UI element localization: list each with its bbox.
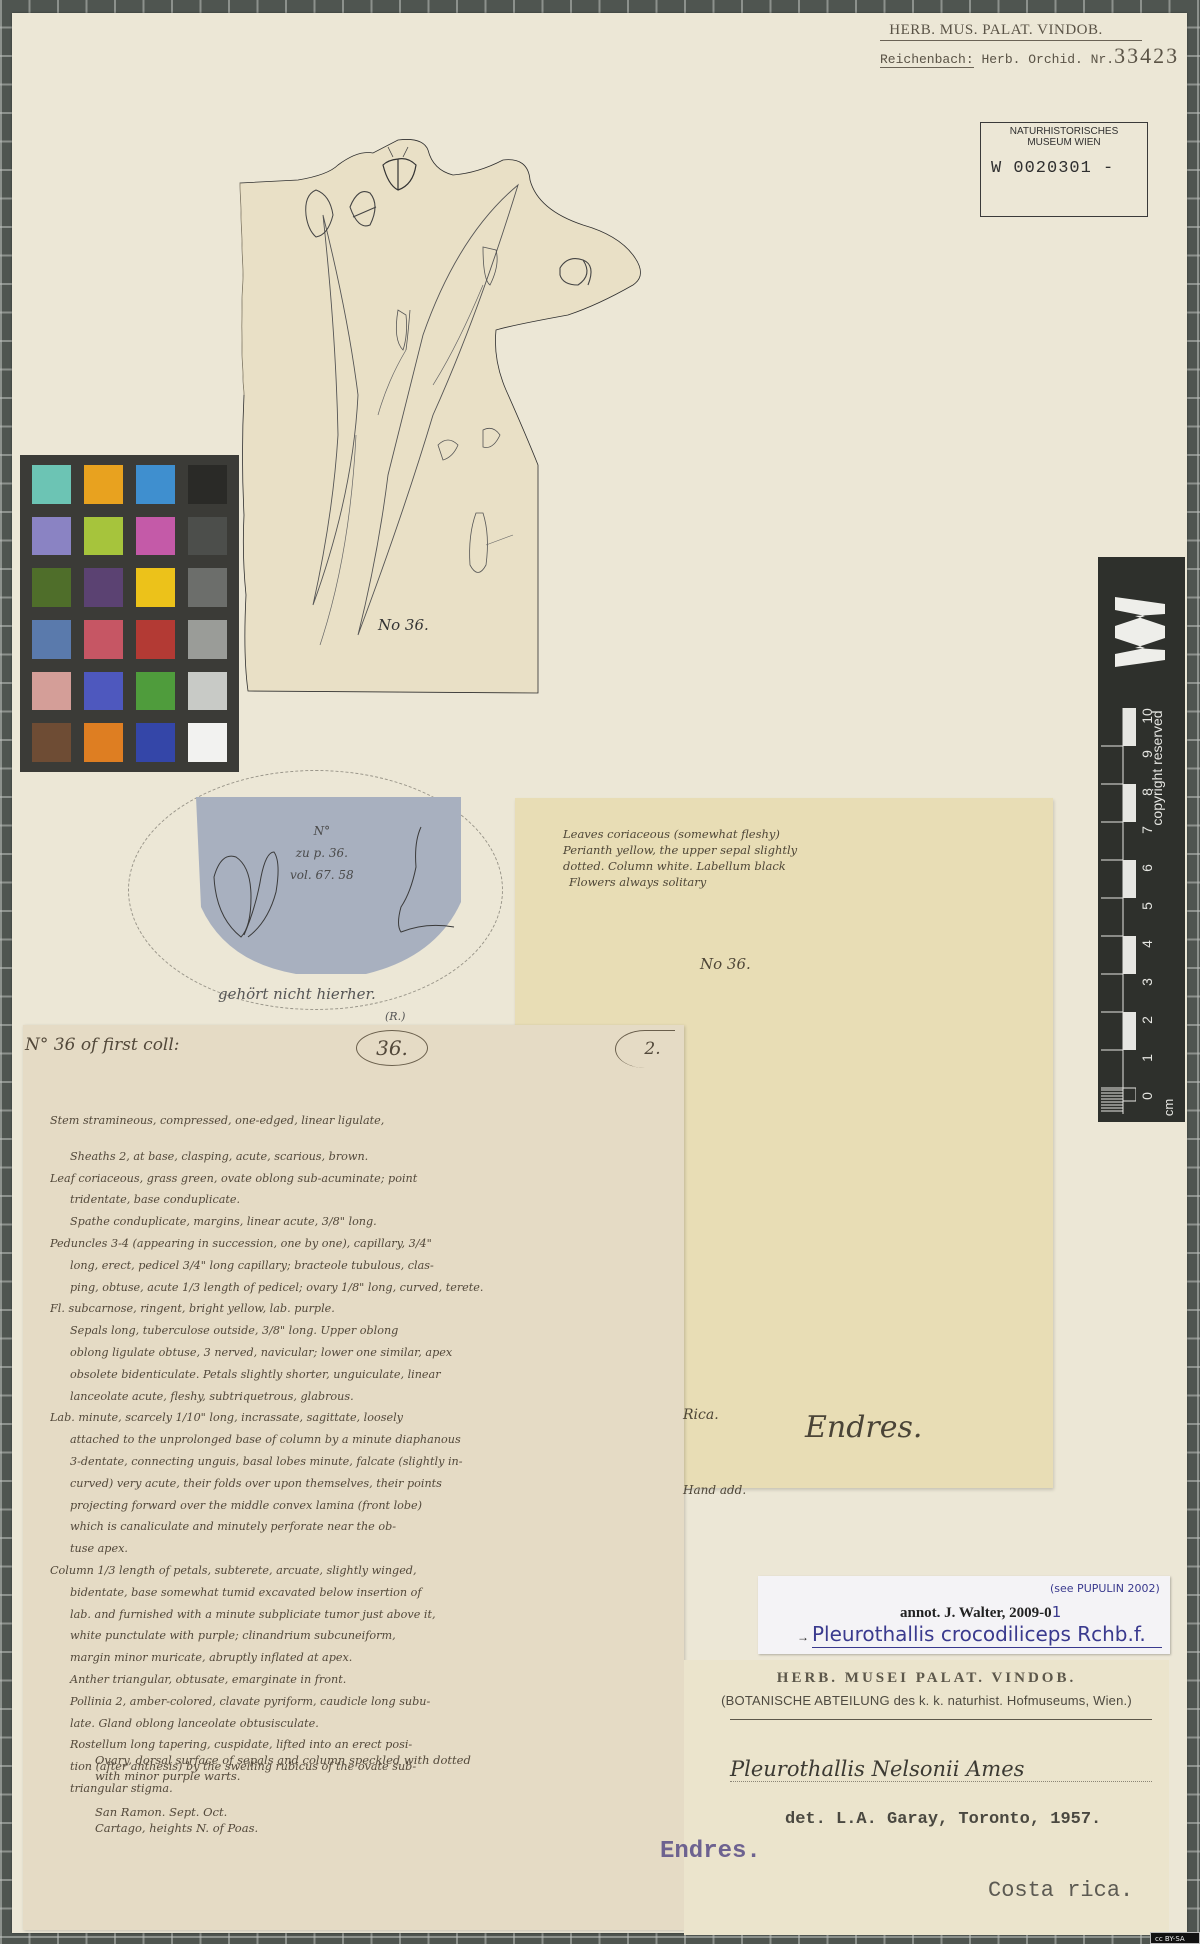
specimen-id: W 0020301 -	[981, 159, 1147, 178]
herbarium-header-stamp: HERB. MUS. PALAT. VINDOB. Reichenbach: H…	[880, 22, 1180, 69]
blue-paper-note: N° zu p. 36. vol. 67. 58	[290, 820, 354, 886]
color-patch	[136, 723, 175, 762]
note-line: vol. 67. 58	[290, 864, 354, 886]
field-note-line: dotted. Column white. Labellum black	[563, 858, 863, 874]
stamp-line-1: NATURHISTORISCHES	[981, 126, 1147, 137]
description-line: attached to the unprolonged base of colu…	[50, 1429, 660, 1451]
annotation-reference: (see PUPULIN 2002)	[1050, 1582, 1160, 1595]
scale-tick-label: 0	[1139, 1086, 1155, 1106]
description-line: Lab. minute, scarcely 1/10" long, incras…	[50, 1407, 660, 1429]
description-line: lanceolate acute, fleshy, subtriquetrous…	[50, 1386, 660, 1408]
partial-text-hand-add: Hand add.	[683, 1483, 746, 1497]
does-not-belong-note: gehört nicht hierher.	[218, 985, 376, 1003]
scale-ruler-icon	[1101, 708, 1136, 1114]
description-line: Sheaths 2, at base, clasping, acute, sca…	[50, 1146, 660, 1168]
color-patch	[84, 620, 123, 659]
determined-by: det. L.A. Garay, Toronto, 1957.	[785, 1810, 1101, 1829]
description-line: late. Gland oblong lanceolate obtusiscul…	[50, 1713, 660, 1735]
description-line: obsolete bidenticulate. Petals slightly …	[50, 1364, 660, 1386]
description-line: Pollinia 2, amber-colored, clavate pyrif…	[50, 1691, 660, 1713]
label-divider	[730, 1719, 1152, 1720]
collection-line: Reichenbach: Herb. Orchid. Nr.33423	[880, 43, 1180, 69]
collection-number: 33423	[1114, 43, 1179, 68]
partial-text-rica: Rica.	[683, 1407, 719, 1423]
color-patch	[32, 723, 71, 762]
description-heading: N° 36 of first coll:	[25, 1035, 180, 1055]
field-note-line: Perianth yellow, the upper sepal slightl…	[563, 842, 863, 858]
species-name: Pleurothallis Nelsonii Ames	[730, 1757, 1152, 1782]
color-calibration-chart	[20, 455, 239, 772]
orchid-sketch-icon: No 36.	[238, 135, 658, 695]
scale-tick-label: 2	[1139, 1010, 1155, 1030]
annotator-digit: 1	[1052, 1603, 1062, 1621]
museum-w-logo-icon	[1110, 592, 1170, 672]
description-line: projecting forward over the middle conve…	[50, 1495, 660, 1517]
description-line: margin minor muricate, abruptly inflated…	[50, 1647, 660, 1669]
color-patch	[84, 465, 123, 504]
color-patch	[188, 517, 227, 556]
color-patch	[84, 517, 123, 556]
page-number: 2.	[615, 1030, 675, 1068]
circled-number: 36.	[356, 1030, 428, 1066]
country-stamp: Costa rica.	[988, 1878, 1133, 1903]
museum-label-title: HERB. MUSEI PALAT. VINDOB.	[684, 1670, 1169, 1687]
stamp-line-2: MUSEUM WIEN	[981, 137, 1147, 148]
note-line: N°	[290, 820, 354, 842]
description-line: bidentate, base somewhat tumid excavated…	[50, 1582, 660, 1604]
description-line: Leaf coriaceous, grass green, ovate oblo…	[50, 1168, 660, 1190]
annotator-printed: annot. J. Walter, 2009-0	[900, 1605, 1052, 1621]
collector-stamp: Endres.	[660, 1838, 761, 1865]
footer-line: Ovary, dorsal surface of sepals and colu…	[95, 1752, 471, 1768]
yellow-paper-number: No 36.	[700, 955, 751, 973]
description-line: Column 1/3 length of petals, subterete, …	[50, 1560, 660, 1582]
color-patch	[136, 672, 175, 711]
field-note-line: Leaves coriaceous (somewhat fleshy)	[563, 826, 863, 842]
color-patch	[136, 465, 175, 504]
annotator-line: annot. J. Walter, 2009-01	[900, 1603, 1061, 1622]
scale-tick-label: 4	[1139, 934, 1155, 954]
note-line: zu p. 36.	[290, 842, 354, 864]
description-body: Stem stramineous, compressed, one-edged,…	[50, 1110, 660, 1800]
description-line: tuse apex.	[50, 1538, 660, 1560]
description-line: Sepals long, tuberculose outside, 3/8" l…	[50, 1320, 660, 1342]
description-line: 3-dentate, connecting unguis, basal lobe…	[50, 1451, 660, 1473]
scale-tick-label: 1	[1139, 1048, 1155, 1068]
footer-line: with minor purple warts.	[95, 1768, 471, 1784]
sketch-number-note: No 36.	[377, 616, 429, 634]
color-patch	[32, 672, 71, 711]
color-patch	[188, 620, 227, 659]
collection-text: Herb. Orchid. Nr.	[981, 52, 1114, 67]
copyright-notice: copyright reserved	[1149, 673, 1169, 863]
color-patch	[188, 465, 227, 504]
botanical-sketch-paper: No 36.	[238, 135, 658, 695]
color-patch	[136, 620, 175, 659]
description-footer: Ovary, dorsal surface of sepals and colu…	[95, 1752, 471, 1836]
note-initials: (R.)	[385, 1010, 405, 1023]
color-patch	[32, 517, 71, 556]
footer-line: San Ramon. Sept. Oct.	[95, 1804, 471, 1820]
description-line: Fl. subcarnose, ringent, bright yellow, …	[50, 1298, 660, 1320]
field-note-line: Flowers always solitary	[563, 874, 863, 890]
field-notes-text: Leaves coriaceous (somewhat fleshy) Peri…	[563, 826, 863, 890]
museum-label-subtitle: (BOTANISCHE ABTEILUNG des k. k. naturhis…	[684, 1693, 1169, 1708]
description-line: Spathe conduplicate, margins, linear acu…	[50, 1211, 660, 1233]
museum-barcode-stamp: NATURHISTORISCHES MUSEUM WIEN W 0020301 …	[980, 122, 1148, 217]
institution-line: HERB. MUS. PALAT. VINDOB.	[880, 22, 1142, 41]
color-patch	[84, 568, 123, 607]
color-patch	[188, 568, 227, 607]
scale-unit-label: cm	[1161, 1099, 1176, 1116]
collection-prefix: Reichenbach:	[880, 52, 974, 68]
description-line: which is canaliculate and minutely perfo…	[50, 1516, 660, 1538]
license-badge: cc BY-SA	[1150, 1932, 1200, 1944]
footer-line: Cartago, heights N. of Poas.	[95, 1820, 471, 1836]
description-line: long, erect, pedicel 3/4" long capillary…	[50, 1255, 660, 1277]
color-patch	[32, 465, 71, 504]
description-line: Peduncles 3-4 (appearing in succession, …	[50, 1233, 660, 1255]
description-line: white punctulate with purple; clinandriu…	[50, 1625, 660, 1647]
color-patch	[188, 723, 227, 762]
color-patch	[84, 672, 123, 711]
annotation-determination: Pleurothallis crocodiliceps Rchb.f.	[812, 1622, 1162, 1648]
description-line: Stem stramineous, compressed, one-edged,…	[50, 1110, 660, 1132]
description-line: lab. and furnished with a minute subplic…	[50, 1604, 660, 1626]
color-patch	[32, 620, 71, 659]
color-patch	[32, 568, 71, 607]
color-patch	[136, 517, 175, 556]
color-patch	[136, 568, 175, 607]
scale-tick-label: 3	[1139, 972, 1155, 992]
description-line: ping, obtuse, acute 1/3 length of pedice…	[50, 1277, 660, 1299]
collector-signature: Endres.	[805, 1410, 922, 1445]
description-line: Anther triangular, obtusate, emarginate …	[50, 1669, 660, 1691]
description-line: tridentate, base conduplicate.	[50, 1189, 660, 1211]
description-line: curved) very acute, their folds over upo…	[50, 1473, 660, 1495]
scale-tick-label: 5	[1139, 896, 1155, 916]
color-patch	[84, 723, 123, 762]
color-patch	[188, 672, 227, 711]
description-line: oblong ligulate obtuse, 3 nerved, navicu…	[50, 1342, 660, 1364]
arrow-icon: →	[797, 1630, 809, 1645]
